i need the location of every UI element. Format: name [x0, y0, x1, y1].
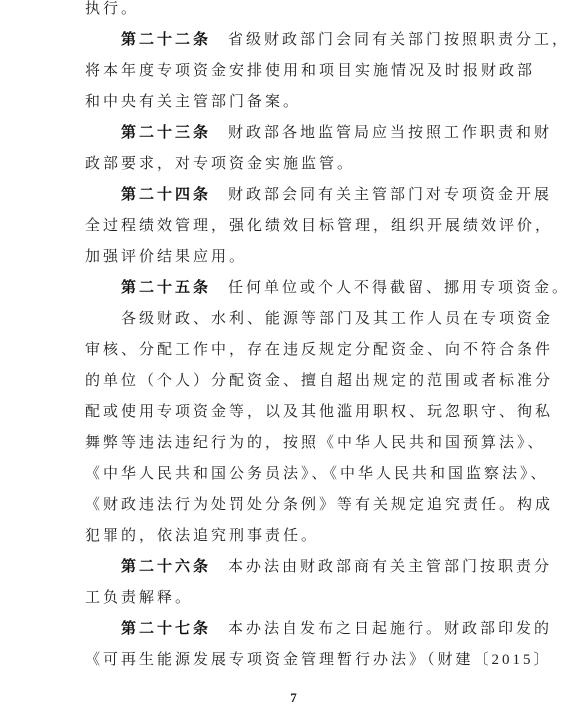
line-text: 本办法自发布之日起施行。财政部印发的: [228, 621, 552, 637]
text-line: 犯罪的，依法追究刑事责任。: [85, 521, 553, 552]
text-line: 将本年度专项资金安排使用和项目实施情况及时报财政部: [85, 56, 553, 87]
line-text: 政部要求，对专项资金实施监管。: [85, 156, 355, 172]
line-text: 加强评价结果应用。: [85, 249, 247, 265]
line-text: 犯罪的，依法追究刑事责任。: [85, 528, 319, 544]
page-number: 7: [0, 691, 587, 704]
line-text: 财政部会同有关主管部门对专项资金开展: [228, 187, 552, 203]
article-number: 第二十二条: [121, 32, 211, 48]
line-text: 省级财政部门会同有关部门按照职责分工，: [228, 32, 570, 48]
text-line: 各级财政、水利、能源等部门及其工作人员在专项资金: [85, 304, 553, 335]
line-text: 将本年度专项资金安排使用和项目实施情况及时报财政部: [85, 63, 535, 79]
text-line: 第二十六条本办法由财政部商有关主管部门按职责分: [85, 552, 553, 583]
text-line: 的单位（个人）分配资金、擅自超出规定的范围或者标准分: [85, 366, 553, 397]
line-text: 审核、分配工作中，存在违反规定分配资金、向不符合条件: [85, 342, 553, 358]
text-line: 工负责解释。: [85, 583, 553, 614]
text-line: 《可再生能源发展专项资金管理暂行办法》（财建〔2015〕: [85, 645, 553, 676]
line-text: 执行。: [85, 1, 139, 17]
line-text: 配或使用专项资金等，以及其他滥用职权、玩忽职守、徇私: [85, 404, 553, 420]
document-page: 执行。第二十二条省级财政部门会同有关部门按照职责分工，将本年度专项资金安排使用和…: [0, 0, 587, 709]
article-number: 第二十三条: [121, 125, 211, 141]
line-text: 《中华人民共和国公务员法》、《中华人民共和国监察法》、: [85, 466, 549, 482]
text-line: 加强评价结果应用。: [85, 242, 553, 273]
line-text: 财政部各地监管局应当按照工作职责和财: [228, 125, 552, 141]
line-text: 工负责解释。: [85, 590, 193, 606]
text-line: 全过程绩效管理，强化绩效目标管理，组织开展绩效评价，: [85, 211, 553, 242]
line-text: 《财政违法行为处罚处分条例》等有关规定追究责任。构成: [85, 497, 553, 513]
document-body: 执行。第二十二条省级财政部门会同有关部门按照职责分工，将本年度专项资金安排使用和…: [85, 0, 553, 676]
line-text: 舞弊等违法违纪行为的，按照《中华人民共和国预算法》、: [85, 435, 546, 451]
text-line: 配或使用专项资金等，以及其他滥用职权、玩忽职守、徇私: [85, 397, 553, 428]
article-number: 第二十五条: [121, 280, 211, 296]
line-text: 《可再生能源发展专项资金管理暂行办法》（财建〔2015〕: [85, 652, 552, 668]
text-line: 第二十五条任何单位或个人不得截留、挪用专项资金。: [85, 273, 553, 304]
text-line: 审核、分配工作中，存在违反规定分配资金、向不符合条件: [85, 335, 553, 366]
line-text: 和中央有关主管部门备案。: [85, 94, 301, 110]
line-text: 各级财政、水利、能源等部门及其工作人员在专项资金: [121, 311, 553, 327]
line-text: 本办法由财政部商有关主管部门按职责分: [228, 559, 552, 575]
text-line: 《中华人民共和国公务员法》、《中华人民共和国监察法》、: [85, 459, 553, 490]
text-line: 舞弊等违法违纪行为的，按照《中华人民共和国预算法》、: [85, 428, 553, 459]
text-line: 第二十二条省级财政部门会同有关部门按照职责分工，: [85, 25, 553, 56]
text-line: 执行。: [85, 0, 553, 25]
text-line: 《财政违法行为处罚处分条例》等有关规定追究责任。构成: [85, 490, 553, 521]
line-text: 全过程绩效管理，强化绩效目标管理，组织开展绩效评价，: [85, 218, 553, 234]
text-line: 第二十三条财政部各地监管局应当按照工作职责和财: [85, 118, 553, 149]
article-number: 第二十六条: [121, 559, 211, 575]
text-line: 第二十七条本办法自发布之日起施行。财政部印发的: [85, 614, 553, 645]
article-number: 第二十七条: [121, 621, 211, 637]
article-number: 第二十四条: [121, 187, 211, 203]
text-line: 和中央有关主管部门备案。: [85, 87, 553, 118]
text-line: 第二十四条财政部会同有关主管部门对专项资金开展: [85, 180, 553, 211]
line-text: 的单位（个人）分配资金、擅自超出规定的范围或者标准分: [85, 373, 553, 389]
text-line: 政部要求，对专项资金实施监管。: [85, 149, 553, 180]
line-text: 任何单位或个人不得截留、挪用专项资金。: [228, 280, 570, 296]
